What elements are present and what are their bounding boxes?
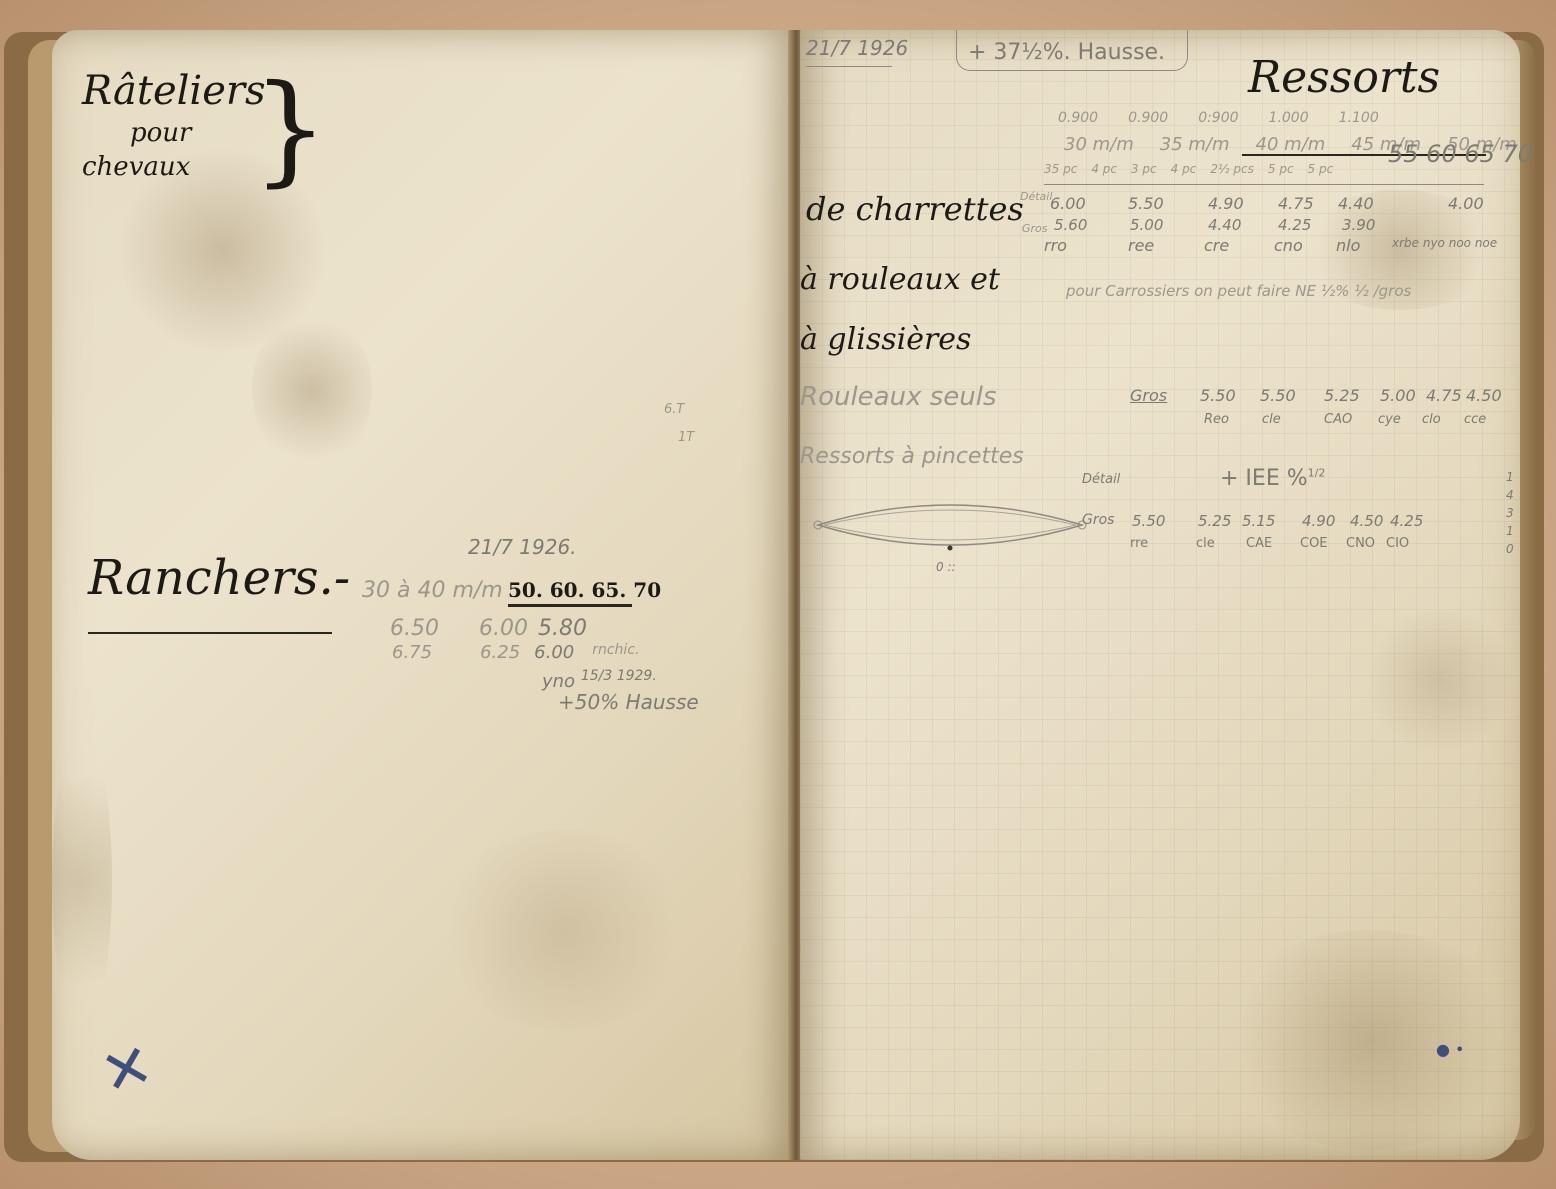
- code: rre: [1130, 536, 1196, 551]
- weight: 1.000: [1269, 110, 1309, 126]
- price: 6.00: [479, 616, 528, 641]
- size: 30 m/m: [1064, 134, 1134, 155]
- sizes-ink: 50. 60. 65. 70: [508, 578, 661, 602]
- price: 5.80: [538, 616, 587, 641]
- sub-sizes-row: 35 pc 4 pc 3 pc 4 pc 2½ pcs 5 pc 5 pc: [1044, 162, 1333, 176]
- heading-rateliers: Râteliers: [82, 68, 266, 114]
- code: Reo: [1204, 412, 1262, 427]
- heading-pour: pour: [130, 118, 191, 148]
- price: 4.90: [1208, 194, 1278, 213]
- price: 4.90: [1302, 512, 1350, 530]
- underline: [88, 632, 332, 634]
- code: nlo: [1336, 236, 1392, 255]
- code: cno: [1274, 236, 1336, 255]
- stain: [52, 730, 112, 1030]
- edge-note: 3: [1506, 504, 1520, 522]
- margin-note: 1T: [678, 430, 694, 445]
- stain: [432, 830, 692, 1030]
- rouleaux-codes-row: Reo cle CAO cye clo cce: [1204, 412, 1486, 427]
- sketch-note: 0 ::: [936, 560, 956, 574]
- sub-size: 5 pc: [1308, 162, 1334, 176]
- code: cye: [1378, 412, 1422, 427]
- code: CIO: [1386, 536, 1409, 551]
- sizes-pencil: 30 à 40 m/m: [362, 578, 503, 603]
- weight: 0.900: [1058, 110, 1098, 126]
- price: 5.25: [1198, 512, 1242, 530]
- code: yno 15/3 1929.: [542, 668, 657, 692]
- price: 4.50: [1466, 386, 1502, 405]
- code: CNO: [1346, 536, 1386, 551]
- underline: [806, 66, 892, 67]
- code: cle: [1196, 536, 1246, 551]
- page-title-ressorts: Ressorts: [1248, 52, 1440, 103]
- ranchers-row-2: 6.75 6.25 6.00 rnchic.: [392, 642, 639, 663]
- subtitle-line-2: à rouleaux et: [800, 262, 1000, 297]
- edge-notes: 1 4 3 1 0: [1506, 468, 1520, 558]
- ranchers-row-1: 6.50 6.00 5.80: [390, 616, 587, 641]
- codes-row: rro ree cre cno nlo xrbe nyo noo noe: [1044, 236, 1497, 255]
- price: 6.75: [392, 642, 432, 663]
- price: 6.25: [480, 642, 520, 663]
- price: 4.25: [1390, 512, 1423, 530]
- price: 3.90: [1342, 216, 1375, 234]
- price: 4.00: [1448, 194, 1484, 213]
- code: cce: [1464, 412, 1486, 427]
- stain: [1220, 930, 1520, 1150]
- gros-label: Gros: [1130, 386, 1167, 405]
- sub-size: 5 pc: [1268, 162, 1294, 176]
- stain: [1360, 610, 1520, 750]
- date: 21/7 1926: [806, 36, 908, 60]
- code: CAO: [1324, 412, 1378, 427]
- pincettes-price-row: 5.50 5.25 5.15 4.90 4.50 4.25: [1132, 512, 1423, 530]
- heading-ranchers: Ranchers.-: [88, 550, 350, 606]
- size: 40 m/m: [1256, 134, 1326, 155]
- code-text: yno: [542, 671, 575, 692]
- blue-ink-blot: ✕: [94, 1030, 161, 1111]
- rouleaux-price-row: 5.50 5.50 5.25 5.00 4.75 4.50: [1200, 386, 1502, 405]
- detail-price-row: 6.00 5.50 4.90 4.75 4.40 4.00: [1050, 194, 1484, 213]
- carrossiers-note: pour Carrossiers on peut faire NE ½% ½ /…: [1066, 282, 1411, 300]
- sub-size: 4 pc: [1171, 162, 1197, 176]
- price: 5.60: [1054, 216, 1130, 234]
- price: 4.50: [1350, 512, 1390, 530]
- detail-label: Détail: [1082, 472, 1120, 487]
- price: 6.00: [534, 642, 574, 663]
- code: cre: [1204, 236, 1274, 255]
- right-page: 21/7 1926 + 37½%. Hausse. Ressorts 0.900…: [800, 30, 1520, 1160]
- ressorts-pincettes-label: Ressorts à pincettes: [800, 444, 1024, 469]
- price: 6.50: [390, 616, 439, 641]
- price: 5.00: [1380, 386, 1426, 405]
- gros-label: Gros: [1022, 222, 1048, 235]
- note: rnchic.: [592, 642, 639, 663]
- edge-note: 1: [1506, 522, 1520, 540]
- code: rro: [1044, 236, 1128, 255]
- increase-pincettes: + IEE %1/2: [1220, 466, 1325, 491]
- subtitle-line-1: de charrettes: [806, 190, 1024, 228]
- rouleaux-seuls-label: Rouleaux seuls: [800, 382, 997, 412]
- curly-brace: }: [252, 70, 328, 190]
- price: 5.00: [1130, 216, 1208, 234]
- weight: 1.100: [1339, 110, 1379, 126]
- sub-size: 35 pc: [1044, 162, 1077, 176]
- sizes-large: 55 60 65 70: [1388, 140, 1533, 168]
- price: 5.50: [1128, 194, 1208, 213]
- edge-note: 1: [1506, 468, 1520, 486]
- gros-price-row: 5.60 5.00 4.40 4.25 3.90: [1054, 216, 1375, 234]
- edge-note: 0: [1506, 540, 1520, 558]
- edge-note: 4: [1506, 486, 1520, 504]
- price: 5.50: [1200, 386, 1260, 405]
- stain: [252, 310, 372, 470]
- size: 35 m/m: [1160, 134, 1230, 155]
- code: ree: [1128, 236, 1204, 255]
- price: 5.15: [1242, 512, 1302, 530]
- code: xrbe nyo noo noe: [1392, 236, 1497, 255]
- increase-label: + 37½%. Hausse.: [968, 40, 1165, 65]
- date-2: 15/3 1929.: [581, 668, 657, 684]
- weights-row: 0.900 0.900 0:900 1.000 1.100: [1058, 110, 1379, 126]
- code: cle: [1262, 412, 1324, 427]
- price: 4.25: [1278, 216, 1342, 234]
- detail-label: Détail: [1020, 190, 1052, 203]
- increase-sup: 1/2: [1308, 467, 1326, 480]
- price: 6.00: [1050, 194, 1128, 213]
- wavy-underline: [508, 604, 632, 607]
- weight: 0:900: [1198, 110, 1238, 126]
- sub-size: 2½ pcs: [1210, 162, 1254, 176]
- sub-size: 3 pc: [1131, 162, 1157, 176]
- date-pencil: 21/7 1926.: [468, 535, 577, 559]
- price: 5.50: [1132, 512, 1198, 530]
- sub-size: 4 pc: [1091, 162, 1117, 176]
- price: 4.40: [1208, 216, 1278, 234]
- code: clo: [1422, 412, 1464, 427]
- price: 5.50: [1260, 386, 1324, 405]
- gros-label: Gros: [1082, 512, 1114, 528]
- left-page: Râteliers pour chevaux } Ranchers.- 21/7…: [52, 30, 792, 1160]
- code: COE: [1300, 536, 1346, 551]
- table-rule: [1044, 184, 1484, 185]
- price: 4.75: [1426, 386, 1466, 405]
- subtitle-line-3: à glissières: [800, 322, 971, 357]
- increase-text: + IEE %: [1220, 466, 1308, 491]
- price: 4.75: [1278, 194, 1338, 213]
- heading-chevaux: chevaux: [82, 152, 190, 182]
- price: 4.40: [1338, 194, 1448, 213]
- pincettes-codes-row: rre cle CAE COE CNO CIO: [1130, 536, 1409, 551]
- margin-note: 6.T: [664, 402, 684, 417]
- price: 5.25: [1324, 386, 1380, 405]
- code: CAE: [1246, 536, 1300, 551]
- increase-note: +50% Hausse: [558, 690, 699, 714]
- blue-ink-dots: ● •: [1436, 1040, 1464, 1059]
- weight: 0.900: [1128, 110, 1168, 126]
